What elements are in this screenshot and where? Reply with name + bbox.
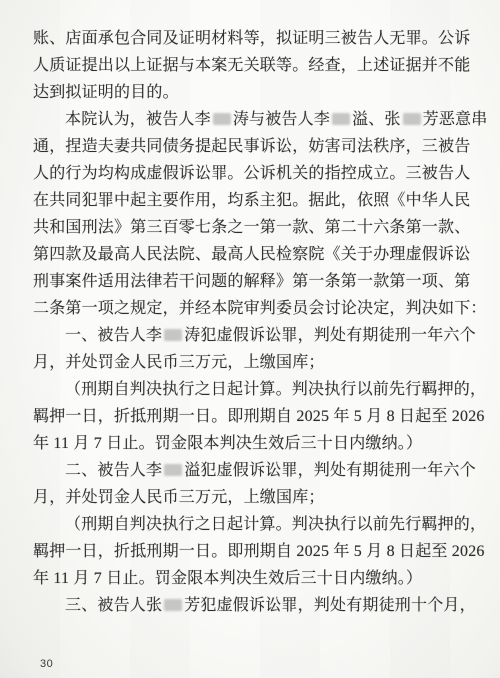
text-line: （刑期自判决执行之日起计算。判决执行以前先行羁押的，: [33, 511, 470, 538]
redaction-blur: [164, 329, 182, 341]
text-line: 二、被告人李溢犯虚假诉讼罪，判处有期徒刑一年六个: [33, 457, 470, 484]
text-line: 二条第一项之规定，并经本院审判委员会讨论决定，判决如下：: [33, 295, 470, 322]
redaction-blur: [164, 599, 182, 611]
text-line: 年 11 月 7 日止。罚金限本判决生效后三十日内缴纳。）: [33, 565, 470, 592]
page-number: 30: [40, 658, 53, 670]
text-line: 人的行为均构成虚假诉讼罪。公诉机关的指控成立。三被告人: [33, 160, 470, 187]
text-line: 月，并处罚金人民币三万元，上缴国库；: [33, 349, 470, 376]
text-line: 羁押一日，折抵刑期一日。即刑期自 2025 年 5 月 8 日起至 2026: [33, 403, 470, 430]
text-line: 羁押一日，折抵刑期一日。即刑期自 2025 年 5 月 8 日起至 2026: [33, 538, 470, 565]
text-line: 账、店面承包合同及证明材料等，拟证明三被告人无罪。公诉: [33, 25, 470, 52]
text-line: 一、被告人李涛犯虚假诉讼罪，判处有期徒刑一年六个: [33, 322, 470, 349]
redaction-blur: [164, 464, 182, 476]
text-line: 三、被告人张芳犯虚假诉讼罪，判处有期徒刑十个月，: [33, 592, 470, 619]
redaction-blur: [332, 113, 350, 125]
text-line: 刑事案件适用法律若干问题的解释》第一条第一款第一项、第: [33, 268, 470, 295]
text-line: 共和国刑法》第三百零七条之一第一款、第二十六条第一款、: [33, 214, 470, 241]
document-photo: 账、店面承包合同及证明材料等，拟证明三被告人无罪。公诉人质证提出以上证据与本案无…: [0, 0, 500, 678]
text-line: 年 11 月 7 日止。罚金限本判决生效后三十日内缴纳。）: [33, 430, 470, 457]
redaction-blur: [403, 113, 421, 125]
text-line: 在共同犯罪中起主要作用，均系主犯。据此，依照《中华人民: [33, 187, 470, 214]
text-line: 第四款及最高人民法院、最高人民检察院《关于办理虚假诉讼: [33, 241, 470, 268]
text-line: 达到拟证明的目的。: [33, 79, 470, 106]
text-line: 通，捏造夫妻共同债务提起民事诉讼，妨害司法秩序，三被告: [33, 133, 470, 160]
text-line: 月，并处罚金人民币三万元，上缴国库；: [33, 484, 470, 511]
text-line: 人质证提出以上证据与本案无关联等。经查，上述证据并不能: [33, 52, 470, 79]
text-line: 本院认为，被告人李涛与被告人李溢、张芳恶意串: [33, 106, 470, 133]
judgment-text-block: 账、店面承包合同及证明材料等，拟证明三被告人无罪。公诉人质证提出以上证据与本案无…: [0, 0, 500, 619]
redaction-blur: [213, 113, 231, 125]
text-line: （刑期自判决执行之日起计算。判决执行以前先行羁押的，: [33, 376, 470, 403]
